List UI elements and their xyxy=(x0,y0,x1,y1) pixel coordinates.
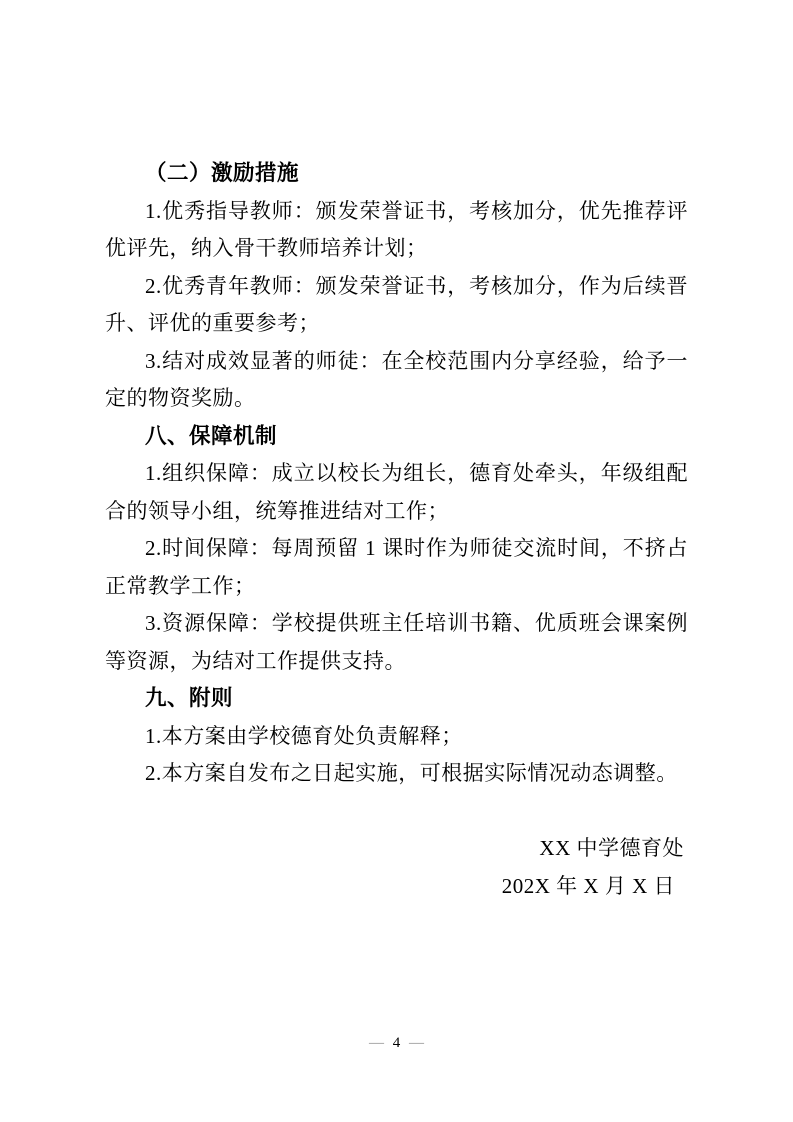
document-flow: （二）激励措施1.优秀指导教师：颁发荣誉证书，考核加分，优先推荐评优评先，纳入骨… xyxy=(105,155,688,793)
paragraph-line: 优评先，纳入骨干教师培养计划； xyxy=(105,230,688,268)
paragraph-line: 1.优秀指导教师：颁发荣誉证书，考核加分，优先推荐评 xyxy=(105,193,688,231)
paragraph-line: 等资源，为结对工作提供支持。 xyxy=(105,643,688,681)
paragraph-line: 2.本方案自发布之日起实施，可根据实际情况动态调整。 xyxy=(105,755,688,793)
page-number: 4 xyxy=(393,1035,401,1051)
section-heading: 八、保障机制 xyxy=(105,418,688,456)
document-content: （二）激励措施1.优秀指导教师：颁发荣誉证书，考核加分，优先推荐评优评先，纳入骨… xyxy=(105,155,688,905)
footer-dash-right: — xyxy=(409,1035,424,1051)
paragraph-line: 3.结对成效显著的师徒：在全校范围内分享经验，给予一 xyxy=(105,343,688,381)
blank-line xyxy=(105,793,688,831)
paragraph-line: 合的领导小组，统筹推进结对工作； xyxy=(105,493,688,531)
footer-dash-left: — xyxy=(369,1035,384,1051)
paragraph-line: 1.本方案由学校德育处负责解释； xyxy=(105,718,688,756)
paragraph-line: 升、评优的重要参考； xyxy=(105,305,688,343)
paragraph-line: 1.组织保障：成立以校长为组长，德育处牵头，年级组配 xyxy=(105,455,688,493)
section-heading: （二）激励措施 xyxy=(105,155,688,193)
paragraph-line: 2.优秀青年教师：颁发荣誉证书，考核加分，作为后续晋 xyxy=(105,268,688,306)
paragraph-line: 定的物资奖励。 xyxy=(105,380,688,418)
section-heading: 九、附则 xyxy=(105,680,688,718)
paragraph-line: 正常教学工作； xyxy=(105,568,688,606)
document-page: （二）激励措施1.优秀指导教师：颁发荣誉证书，考核加分，优先推荐评优评先，纳入骨… xyxy=(0,0,793,1122)
paragraph-line: 2.时间保障：每周预留 1 课时作为师徒交流时间，不挤占 xyxy=(105,530,688,568)
paragraph-line: 3.资源保障：学校提供班主任培训书籍、优质班会课案例 xyxy=(105,605,688,643)
signature-date: 202X 年 X 月 X 日 xyxy=(105,868,688,906)
page-footer: — 4 — xyxy=(0,1031,793,1055)
signature-org: XX 中学德育处 xyxy=(105,830,688,868)
